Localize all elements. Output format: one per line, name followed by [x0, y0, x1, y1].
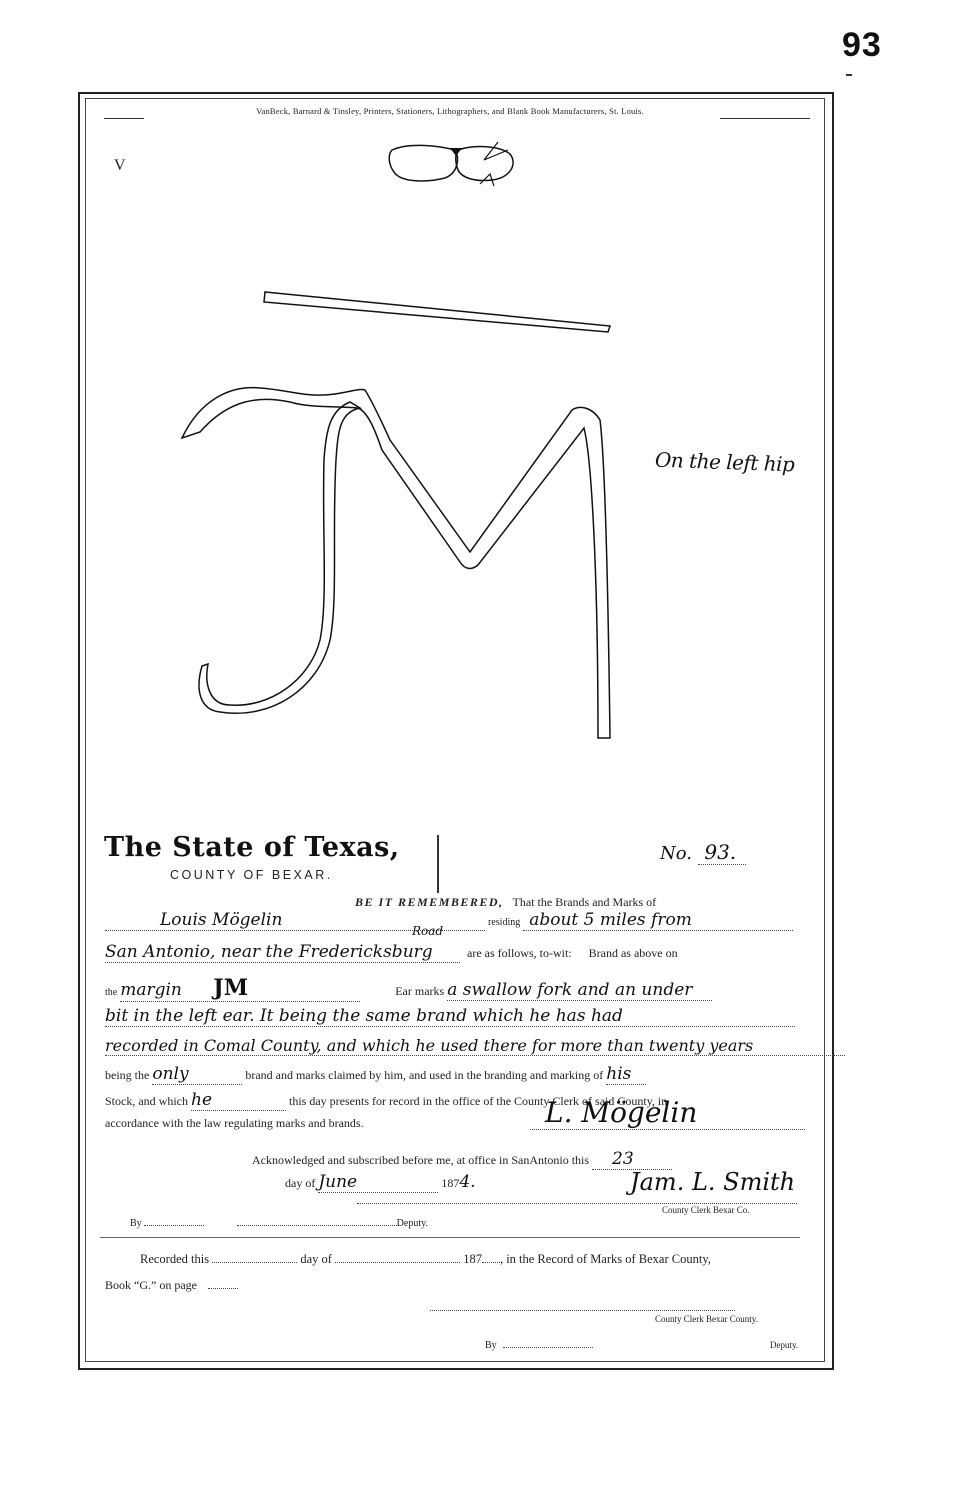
brand-position: margin JM: [120, 975, 360, 1002]
accordance-line: accordance with the law regulating marks…: [105, 1116, 364, 1131]
acknowledged-line: Acknowledged and subscribed before me, a…: [252, 1149, 672, 1170]
ear-marks-1: a swallow fork and an under: [447, 980, 712, 1001]
book-label: Book “G.” on page: [105, 1278, 197, 1292]
ear-marks-2: bit in the left ear. It being the same b…: [105, 1006, 795, 1027]
county-clerk-title: County Clerk Bexar County.: [655, 1314, 758, 1324]
signature-line: [530, 1128, 805, 1130]
recorded-this: Recorded this: [140, 1252, 209, 1266]
day-of: day of: [285, 1176, 315, 1190]
book-line: Book “G.” on page: [105, 1278, 238, 1293]
ear-marks-label: Ear marks: [395, 984, 444, 998]
brand-symbol: JM: [213, 975, 248, 1001]
clerk-signature: Jam. L. Smith: [630, 1168, 795, 1196]
rule: [720, 118, 810, 119]
county-label: COUNTY OF BEXAR.: [170, 868, 333, 882]
residence-1: about 5 miles from: [523, 910, 793, 931]
section-divider: [100, 1237, 800, 1238]
date-line: day of June 1874.: [285, 1172, 476, 1193]
be-it-remembered: BE IT REMEMBERED,: [355, 895, 504, 909]
brand-position-value: margin: [120, 980, 182, 1000]
day-value: 23: [592, 1149, 672, 1170]
residence-insert: Road: [412, 924, 443, 938]
deputy-field: [237, 1225, 397, 1226]
earmark-line-2: bit in the left ear. It being the same b…: [105, 1006, 795, 1027]
margin-mark: V: [114, 157, 126, 175]
divider: [437, 835, 439, 893]
accordance: accordance with the law regulating marks…: [105, 1116, 364, 1130]
page-number: 93: [842, 26, 882, 65]
by-deputy-line: By Deputy.: [130, 1218, 428, 1229]
recorded-day-of: day of: [300, 1252, 332, 1266]
recorded-line: Recorded this day of 187, in the Record …: [140, 1252, 711, 1267]
earmark-line-3: recorded in Comal County, and which he u…: [105, 1036, 845, 1056]
recording-by-label: By: [485, 1340, 497, 1351]
by-label: By: [130, 1218, 142, 1229]
stock-which: Stock, and which: [105, 1094, 188, 1108]
residence-line: San Antonio, near the Fredericksburg are…: [105, 942, 678, 963]
only-line: being the only brand and marks claimed b…: [105, 1064, 646, 1085]
residing-label: residing: [488, 917, 520, 928]
brand-claimed: brand and marks claimed by him, and used…: [245, 1068, 603, 1082]
recorded-month-field: [335, 1262, 460, 1263]
ear-mark-icon: [380, 138, 540, 198]
in-record: , in the Record of Marks of Bexar County…: [500, 1252, 711, 1266]
year-suffix: 4.: [459, 1172, 475, 1192]
remember-line: BE IT REMEMBERED, That the Brands and Ma…: [355, 895, 656, 910]
recording-by-line: By: [485, 1340, 593, 1351]
by-field: [144, 1225, 204, 1226]
month-value: June: [318, 1172, 438, 1193]
deputy-label: Deputy.: [397, 1218, 428, 1229]
rule: [104, 118, 144, 119]
being-the: being the: [105, 1068, 149, 1082]
record-number-value: 93.: [698, 840, 746, 865]
record-number-label: No.: [660, 843, 692, 864]
owner-line: Louis Mögelin residing about 5 miles fro…: [105, 910, 805, 931]
acknowledged: Acknowledged and subscribed before me, a…: [252, 1153, 589, 1167]
recording-by-field: [503, 1347, 593, 1348]
intro-text: That the Brands and Marks of: [513, 895, 657, 909]
clerk-title: County Clerk Bexar Co.: [662, 1205, 750, 1215]
form-title: The State of Texas,: [104, 832, 400, 863]
recorded-year-prefix: 187: [463, 1252, 482, 1266]
recorded-day-field: [212, 1262, 297, 1263]
ear-marks-3: recorded in Comal County, and which he u…: [105, 1036, 845, 1056]
printer-imprint: VanBeck, Barnard & Tinsley, Printers, St…: [100, 106, 800, 116]
county-clerk-signature-line: [430, 1309, 735, 1311]
brand-jm-icon: [160, 280, 630, 750]
tick-mark: [846, 74, 852, 76]
only: only: [152, 1064, 242, 1085]
as-follows: are as follows, to-wit:: [467, 946, 572, 960]
record-number: No. 93.: [660, 840, 746, 865]
recording-deputy-label: Deputy.: [770, 1340, 798, 1350]
residence-2: San Antonio, near the Fredericksburg: [105, 942, 460, 963]
earmark-line: the margin JM Ear marks a swallow fork a…: [105, 975, 712, 1002]
brand-as-above: Brand as above on: [589, 946, 678, 960]
his: his: [606, 1064, 646, 1085]
the-label: the: [105, 987, 117, 998]
brand-location-note: On the left hip: [655, 448, 795, 477]
recorded-year-field: [482, 1262, 500, 1263]
clerk-signature-line: [357, 1202, 797, 1204]
year-prefix: 187: [441, 1176, 459, 1190]
book-page-field: [208, 1288, 238, 1289]
owner-signature: L. Mögelin: [545, 1096, 697, 1129]
he: he: [191, 1090, 286, 1111]
